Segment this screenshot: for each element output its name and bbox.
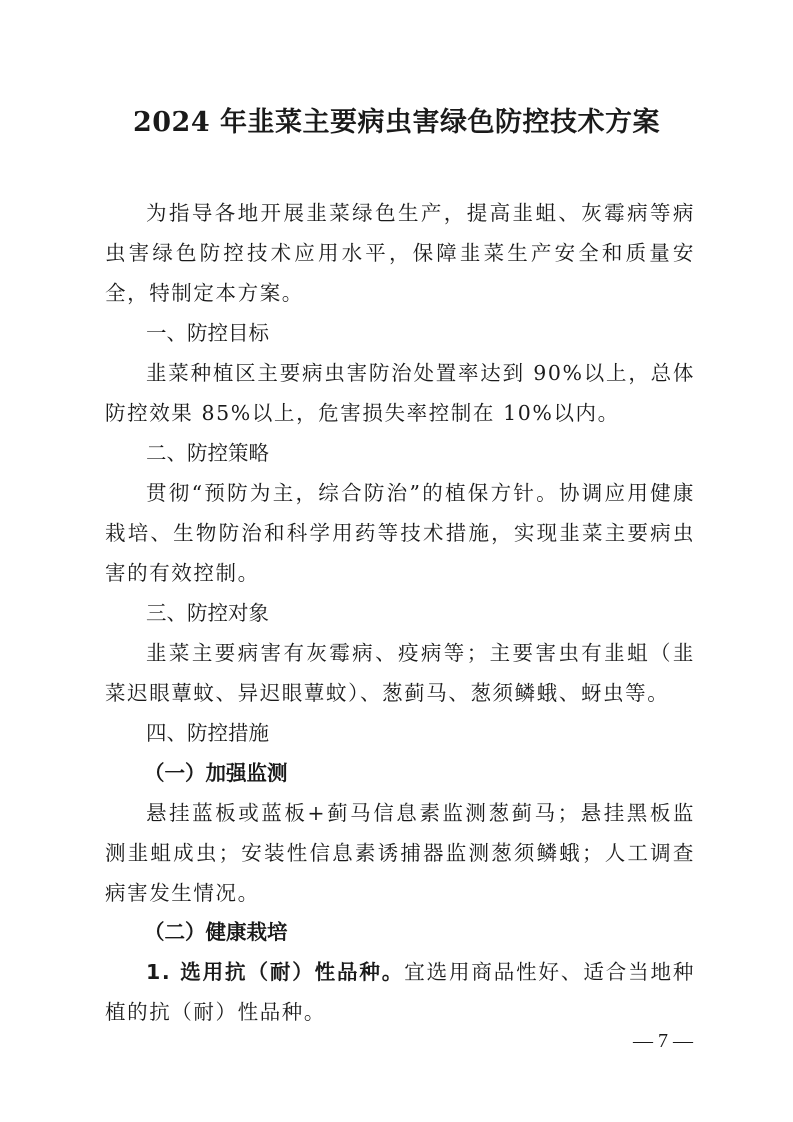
cultivation-item-1-label: 1. 选用抗（耐）性品种。 <box>146 960 404 984</box>
section-heading-measures: 四、防控措施 <box>146 713 269 753</box>
page-number: — 7 — <box>633 1030 693 1053</box>
section-heading-targets: 三、防控对象 <box>146 593 269 633</box>
document-page: 2024 年韭菜主要病虫害绿色防控技术方案 为指导各地开展韭菜绿色生产，提高韭蛆… <box>0 0 793 1122</box>
section-text-targets: 韭菜主要病害有灰霉病、疫病等；主要害虫有韭蛆（韭菜迟眼蕈蚊、异迟眼蕈蚊）、葱蓟马… <box>105 633 695 713</box>
section-heading-strategy: 二、防控策略 <box>146 433 269 473</box>
subsection-heading-monitoring: （一）加强监测 <box>144 753 288 793</box>
cultivation-item-1: 1. 选用抗（耐）性品种。宜选用商品性好、适合当地种植的抗（耐）性品种。 <box>105 952 695 1032</box>
intro-paragraph: 为指导各地开展韭菜绿色生产，提高韭蛆、灰霉病等病虫害绿色防控技术应用水平，保障韭… <box>105 193 695 313</box>
section-text-strategy: 贯彻“预防为主，综合防治”的植保方针。协调应用健康栽培、生物防治和科学用药等技术… <box>105 473 695 593</box>
subsection-text-monitoring: 悬挂蓝板或蓝板+蓟马信息素监测葱蓟马；悬挂黑板监测韭蛆成虫；安装性信息素诱捕器监… <box>105 793 695 913</box>
document-title: 2024 年韭菜主要病虫害绿色防控技术方案 <box>0 100 793 139</box>
subsection-heading-cultivation: （二）健康栽培 <box>144 912 288 952</box>
section-heading-goals: 一、防控目标 <box>146 313 269 353</box>
section-text-goals: 韭菜种植区主要病虫害防治处置率达到 90%以上，总体防控效果 85%以上，危害损… <box>105 353 695 433</box>
